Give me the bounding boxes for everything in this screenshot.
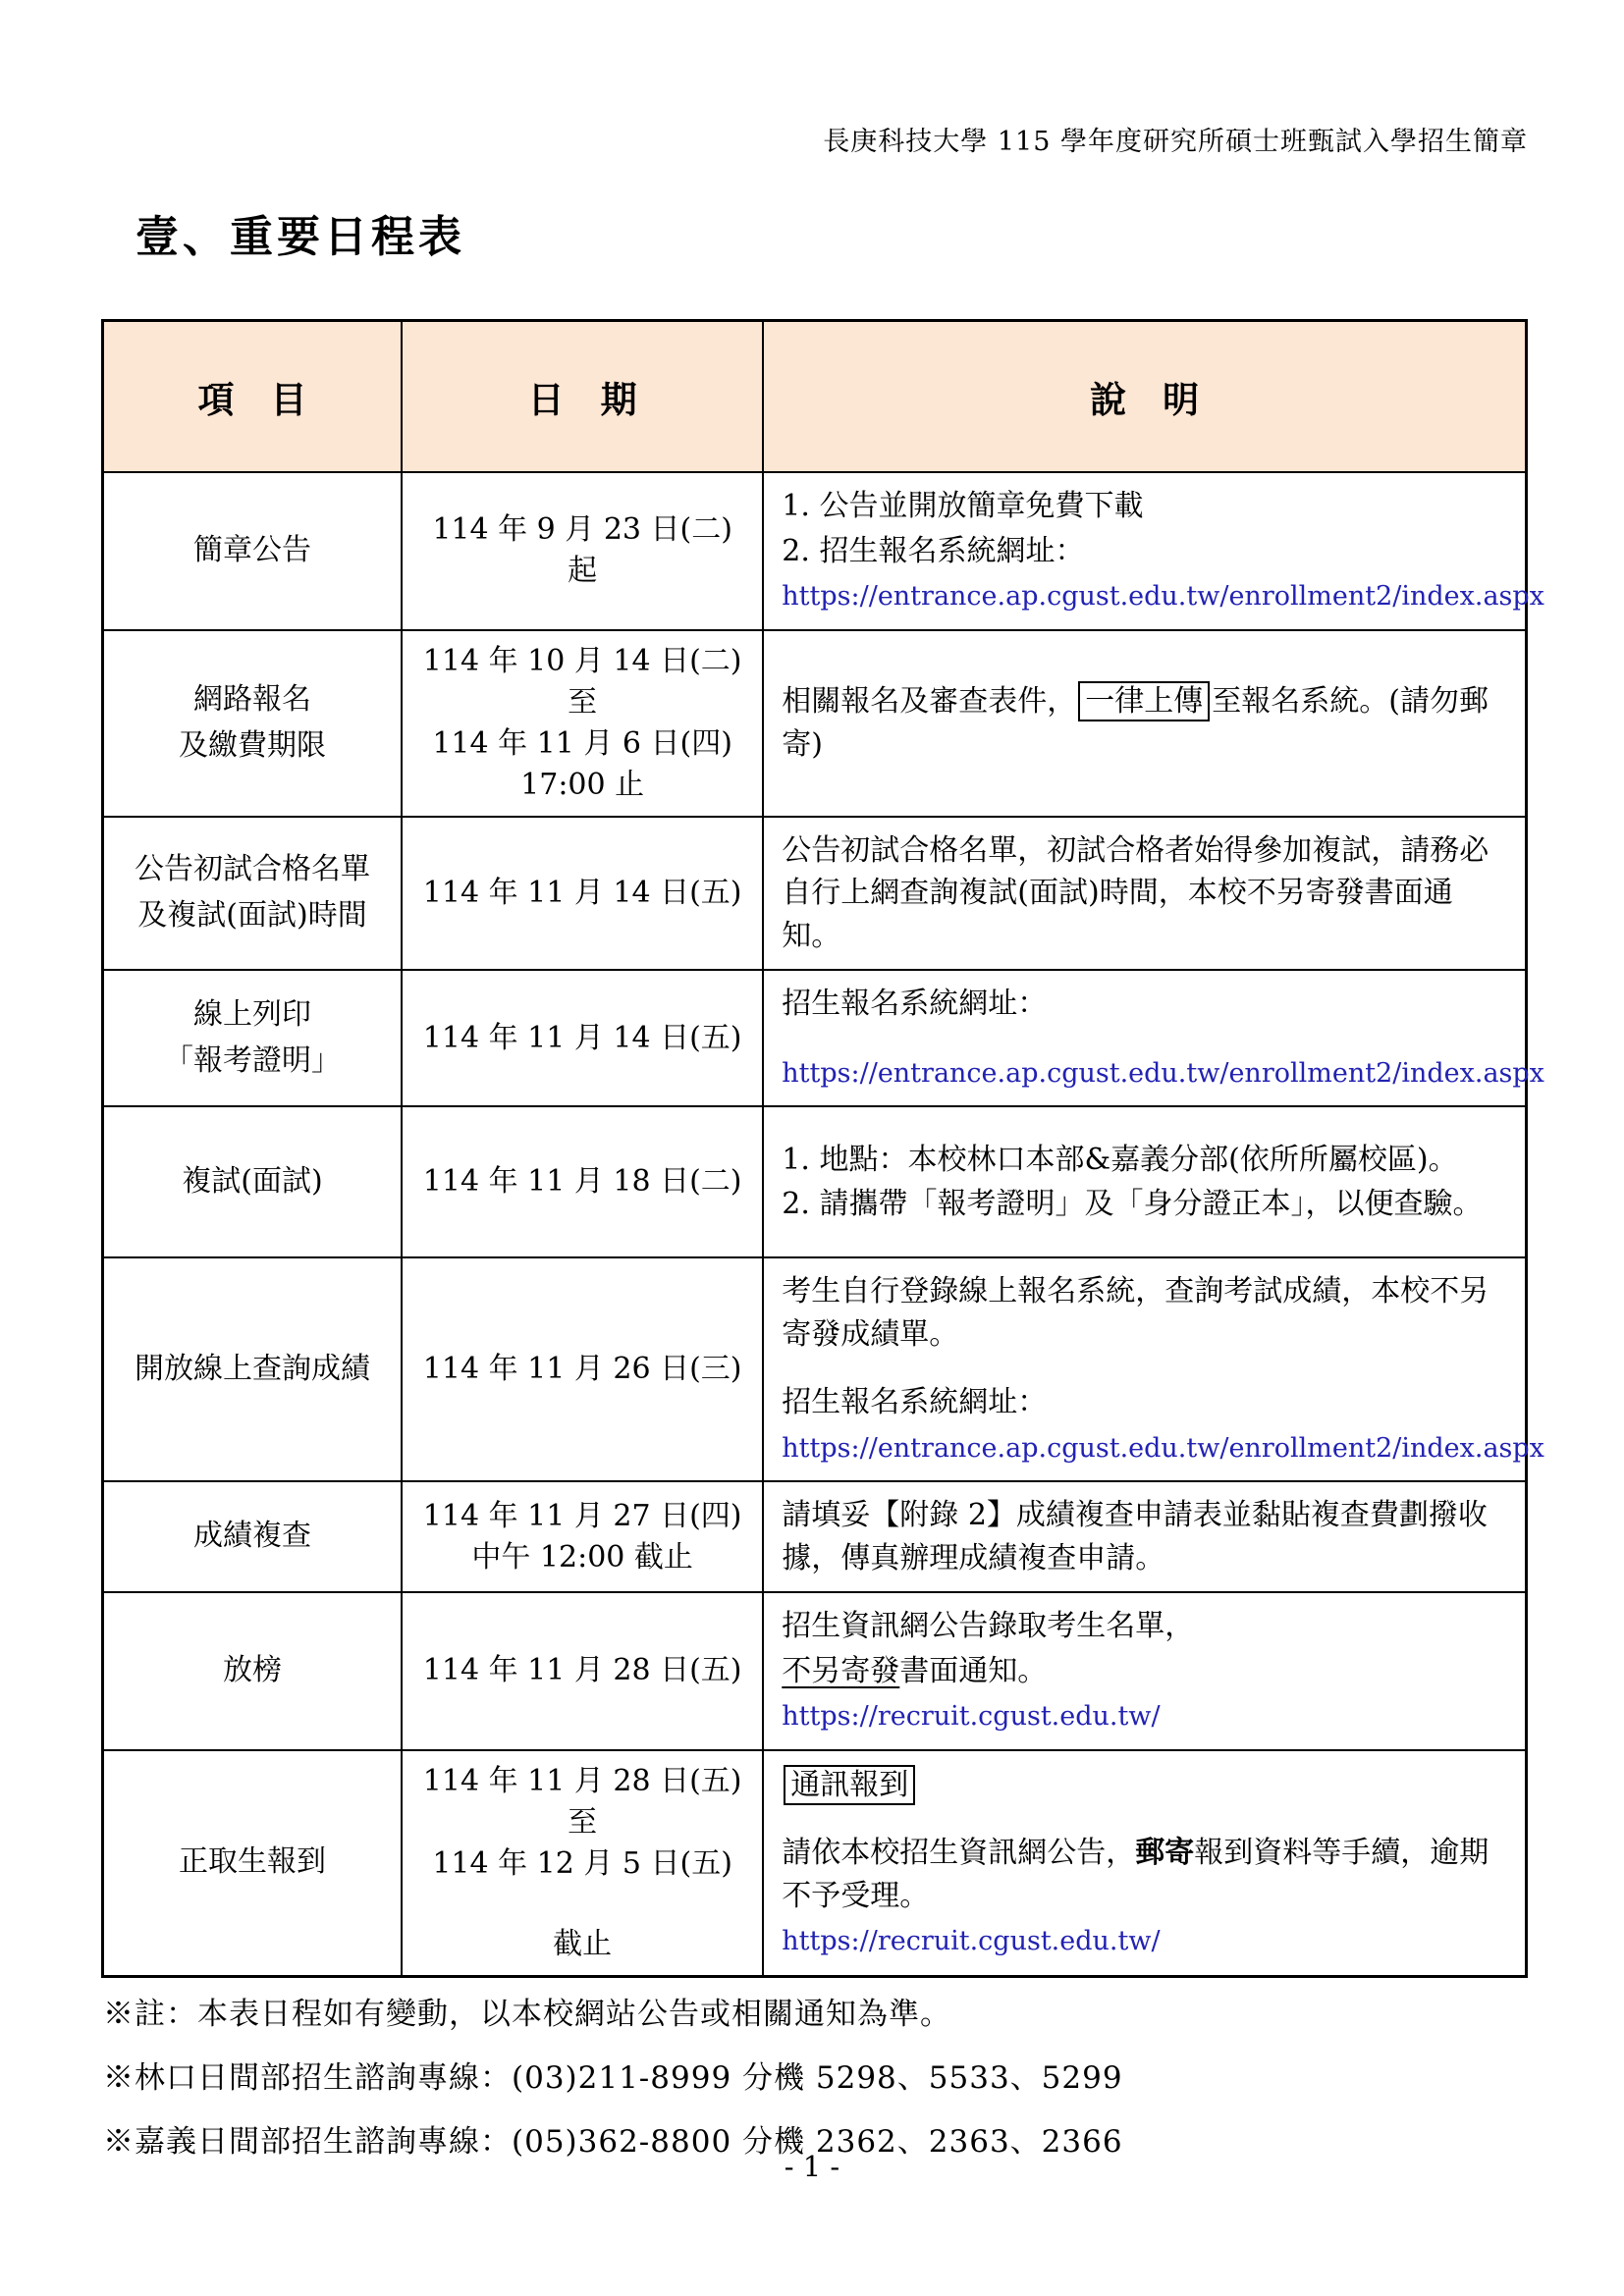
item-cell: 網路報名及繳費期限 bbox=[103, 630, 403, 817]
cell-line: 正取生報到 bbox=[122, 1840, 383, 1886]
description-cell: 招生資訊網公告錄取考生名單，不另寄發書面通知。https://recruit.c… bbox=[763, 1592, 1526, 1750]
cell-line: 及複試(面試)時間 bbox=[122, 893, 383, 939]
date-cell: 114 年 11 月 14 日(五) bbox=[402, 970, 763, 1106]
description-line: 招生資訊網公告錄取考生名單， bbox=[782, 1605, 1507, 1648]
cell-line: 複試(面試) bbox=[122, 1159, 383, 1205]
description-line: https://entrance.ap.cgust.edu.tw/enrollm… bbox=[782, 1426, 1507, 1469]
cell-line: 網路報名 bbox=[122, 677, 383, 723]
description-cell: 考生自行登錄線上報名系統，查詢考試成績，本校不另寄發成績單。招生報名系統網址：h… bbox=[763, 1257, 1526, 1481]
cell-line: 114 年 11 月 6 日(四) bbox=[420, 723, 744, 765]
description-line: 請依本校招生資訊網公告，郵寄報到資料等手續，逾期不予受理。 bbox=[782, 1832, 1507, 1917]
date-cell: 114 年 11 月 28 日(五) bbox=[402, 1592, 763, 1750]
cell-line: 114 年 11 月 14 日(五) bbox=[420, 873, 744, 914]
text-segment: 招生報名系統網址： bbox=[782, 1385, 1047, 1419]
text-segment: 書面通知。 bbox=[899, 1654, 1047, 1688]
text-segment: 請填妥【附錄 2】成績複查申請表並黏貼複查費劃撥收據，傳真辦理成績複查申請。 bbox=[782, 1498, 1488, 1575]
page-title: 壹、重要日程表 bbox=[135, 201, 465, 264]
url-link[interactable]: https://recruit.cgust.edu.tw/ bbox=[782, 1926, 1160, 1956]
url-link[interactable]: https://recruit.cgust.edu.tw/ bbox=[782, 1701, 1160, 1732]
cell-line: 至 bbox=[420, 682, 744, 723]
table-row: 開放線上查詢成績114 年 11 月 26 日(三)考生自行登錄線上報名系統，查… bbox=[103, 1257, 1527, 1481]
running-header: 長庚科技大學 115 學年度研究所碩士班甄試入學招生簡章 bbox=[823, 120, 1528, 158]
item-cell: 線上列印「報考證明」 bbox=[103, 970, 403, 1106]
cell-line: 至 bbox=[420, 1802, 744, 1843]
header-cell-date: 日 期 bbox=[402, 321, 763, 473]
cell-line: 114 年 12 月 5 日(五) bbox=[420, 1843, 744, 1885]
cell-line: 114 年 11 月 14 日(五) bbox=[420, 1018, 744, 1059]
description-cell: 1. 地點：本校林口本部&嘉義分部(依所所屬校區)。2. 請攜帶「報考證明」及「… bbox=[763, 1106, 1526, 1257]
date-cell: 114 年 11 月 18 日(二) bbox=[402, 1106, 763, 1257]
emphasized-text: 不另寄發 bbox=[782, 1654, 899, 1688]
description-line: 招生報名系統網址： bbox=[782, 983, 1507, 1026]
description-line: https://recruit.cgust.edu.tw/ bbox=[782, 1919, 1507, 1962]
table-row: 公告初試合格名單及複試(面試)時間114 年 11 月 14 日(五)公告初試合… bbox=[103, 817, 1527, 971]
description-cell: 相關報名及審查表件，一律上傳至報名系統。(請勿郵寄) bbox=[763, 630, 1526, 817]
table-header-row: 項 目 日 期 說 明 bbox=[103, 321, 1527, 473]
description-cell: 請填妥【附錄 2】成績複查申請表並黏貼複查費劃撥收據，傳真辦理成績複查申請。 bbox=[763, 1481, 1526, 1592]
date-cell: 114 年 11 月 28 日(五)至114 年 12 月 5 日(五)截止 bbox=[402, 1750, 763, 1977]
cell-line: 開放線上查詢成績 bbox=[122, 1347, 383, 1393]
date-cell: 114 年 11 月 27 日(四)中午 12:00 截止 bbox=[402, 1481, 763, 1592]
header-cell-item: 項 目 bbox=[103, 321, 403, 473]
date-cell: 114 年 10 月 14 日(二)至114 年 11 月 6 日(四)17:0… bbox=[402, 630, 763, 817]
cell-line: 114 年 11 月 27 日(四) bbox=[420, 1496, 744, 1537]
description-line: 2. 請攜帶「報考證明」及「身分證正本」，以便查驗。 bbox=[782, 1183, 1507, 1226]
cell-line: 「報考證明」 bbox=[122, 1039, 383, 1085]
description-line: 1. 地點：本校林口本部&嘉義分部(依所所屬校區)。 bbox=[782, 1139, 1507, 1182]
description-cell: 公告初試合格名單，初試合格者始得參加複試，請務必自行上網查詢複試(面試)時間，本… bbox=[763, 817, 1526, 971]
document-page: 長庚科技大學 115 學年度研究所碩士班甄試入學招生簡章 壹、重要日程表 項 目… bbox=[0, 0, 1624, 2296]
table-row: 放榜114 年 11 月 28 日(五)招生資訊網公告錄取考生名單，不另寄發書面… bbox=[103, 1592, 1527, 1750]
footnote: ※林口日間部招生諮詢專線：(03)211-8999 分機 5298、5533、5… bbox=[103, 2056, 1123, 2101]
cell-line: 114 年 9 月 23 日(二)起 bbox=[420, 509, 744, 592]
text-segment: 相關報名及審查表件， bbox=[782, 684, 1076, 719]
description-cell: 1. 公告並開放簡章免費下載2. 招生報名系統網址：https://entran… bbox=[763, 472, 1526, 630]
cell-line: 114 年 11 月 28 日(五) bbox=[420, 1761, 744, 1802]
page-number: - 1 - bbox=[0, 2150, 1624, 2183]
item-cell: 複試(面試) bbox=[103, 1106, 403, 1257]
item-cell: 開放線上查詢成績 bbox=[103, 1257, 403, 1481]
description-line: 2. 招生報名系統網址： bbox=[782, 530, 1507, 573]
description-cell: 招生報名系統網址：https://entrance.ap.cgust.edu.t… bbox=[763, 970, 1526, 1106]
description-line: 考生自行登錄線上報名系統，查詢考試成績，本校不另寄發成績單。 bbox=[782, 1270, 1507, 1356]
schedule-table: 項 目 日 期 說 明 簡章公告114 年 9 月 23 日(二)起1. 公告並… bbox=[101, 319, 1528, 1978]
text-segment: 1. 地點：本校林口本部&嘉義分部(依所所屬校區)。 bbox=[782, 1143, 1457, 1177]
item-cell: 成績複查 bbox=[103, 1481, 403, 1592]
description-line: 招生報名系統網址： bbox=[782, 1381, 1507, 1424]
cell-line: 114 年 10 月 14 日(二) bbox=[420, 641, 744, 682]
url-link[interactable]: https://entrance.ap.cgust.edu.tw/enrollm… bbox=[782, 1058, 1544, 1089]
cell-line: 成績複查 bbox=[122, 1514, 383, 1560]
item-cell: 放榜 bbox=[103, 1592, 403, 1750]
text-segment: 招生資訊網公告錄取考生名單， bbox=[782, 1609, 1194, 1643]
cell-line: 17:00 止 bbox=[420, 765, 744, 806]
cell-line: 114 年 11 月 18 日(二) bbox=[420, 1161, 744, 1202]
text-segment: 請依本校招生資訊網公告， bbox=[782, 1836, 1135, 1870]
description-line: 不另寄發書面通知。 bbox=[782, 1650, 1507, 1693]
footnote: ※註：本表日程如有變動，以本校網站公告或相關通知為準。 bbox=[103, 1993, 1123, 2037]
date-cell: 114 年 9 月 23 日(二)起 bbox=[402, 472, 763, 630]
spacer bbox=[420, 1885, 744, 1924]
item-cell: 簡章公告 bbox=[103, 472, 403, 630]
cell-line: 114 年 11 月 28 日(五) bbox=[420, 1650, 744, 1691]
table-row: 成績複查114 年 11 月 27 日(四)中午 12:00 截止請填妥【附錄 … bbox=[103, 1481, 1527, 1592]
date-cell: 114 年 11 月 26 日(三) bbox=[402, 1257, 763, 1481]
item-cell: 正取生報到 bbox=[103, 1750, 403, 1977]
cell-line: 截止 bbox=[420, 1924, 744, 1965]
description-line: https://recruit.cgust.edu.tw/ bbox=[782, 1694, 1507, 1737]
text-segment: 招生報名系統網址： bbox=[782, 987, 1047, 1021]
description-cell: 通訊報到請依本校招生資訊網公告，郵寄報到資料等手續，逾期不予受理。https:/… bbox=[763, 1750, 1526, 1977]
item-cell: 公告初試合格名單及複試(面試)時間 bbox=[103, 817, 403, 971]
description-line: https://entrance.ap.cgust.edu.tw/enrollm… bbox=[782, 574, 1507, 617]
table-row: 複試(面試)114 年 11 月 18 日(二)1. 地點：本校林口本部&嘉義分… bbox=[103, 1106, 1527, 1257]
cell-line: 線上列印 bbox=[122, 992, 383, 1039]
cell-line: 放榜 bbox=[122, 1648, 383, 1694]
table-row: 正取生報到114 年 11 月 28 日(五)至114 年 12 月 5 日(五… bbox=[103, 1750, 1527, 1977]
description-line: 1. 公告並開放簡章免費下載 bbox=[782, 485, 1507, 528]
table-row: 網路報名及繳費期限114 年 10 月 14 日(二)至114 年 11 月 6… bbox=[103, 630, 1527, 817]
table-row: 簡章公告114 年 9 月 23 日(二)起1. 公告並開放簡章免費下載2. 招… bbox=[103, 472, 1527, 630]
cell-line: 中午 12:00 截止 bbox=[420, 1537, 744, 1578]
cell-line: 114 年 11 月 26 日(三) bbox=[420, 1349, 744, 1390]
cell-line: 簡章公告 bbox=[122, 528, 383, 574]
description-line: 相關報名及審查表件，一律上傳至報名系統。(請勿郵寄) bbox=[782, 680, 1507, 766]
url-link[interactable]: https://entrance.ap.cgust.edu.tw/enrollm… bbox=[782, 1433, 1544, 1464]
text-segment: 2. 招生報名系統網址： bbox=[782, 534, 1084, 568]
cell-line: 及繳費期限 bbox=[122, 723, 383, 770]
emphasized-text: 通訊報到 bbox=[784, 1765, 915, 1805]
text-segment: 1. 公告並開放簡章免費下載 bbox=[782, 489, 1143, 523]
description-line: 請填妥【附錄 2】成績複查申請表並黏貼複查費劃撥收據，傳真辦理成績複查申請。 bbox=[782, 1494, 1507, 1579]
header-cell-description: 說 明 bbox=[763, 321, 1526, 473]
description-line: https://entrance.ap.cgust.edu.tw/enrollm… bbox=[782, 1051, 1507, 1095]
emphasized-text: 一律上傳 bbox=[1078, 681, 1210, 721]
table-row: 線上列印「報考證明」114 年 11 月 14 日(五)招生報名系統網址：htt… bbox=[103, 970, 1527, 1106]
text-segment: 2. 請攜帶「報考證明」及「身分證正本」，以便查驗。 bbox=[782, 1187, 1482, 1221]
date-cell: 114 年 11 月 14 日(五) bbox=[402, 817, 763, 971]
text-segment: 考生自行登錄線上報名系統，查詢考試成績，本校不另寄發成績單。 bbox=[782, 1274, 1489, 1352]
description-line: 公告初試合格名單，初試合格者始得參加複試，請務必自行上網查詢複試(面試)時間，本… bbox=[782, 829, 1507, 958]
url-link[interactable]: https://entrance.ap.cgust.edu.tw/enrollm… bbox=[782, 581, 1544, 612]
cell-line: 公告初試合格名單 bbox=[122, 847, 383, 893]
emphasized-text: 郵寄 bbox=[1135, 1836, 1194, 1870]
description-line: 通訊報到 bbox=[782, 1764, 1507, 1807]
text-segment: 公告初試合格名單，初試合格者始得參加複試，請務必自行上網查詢複試(面試)時間，本… bbox=[782, 833, 1489, 953]
